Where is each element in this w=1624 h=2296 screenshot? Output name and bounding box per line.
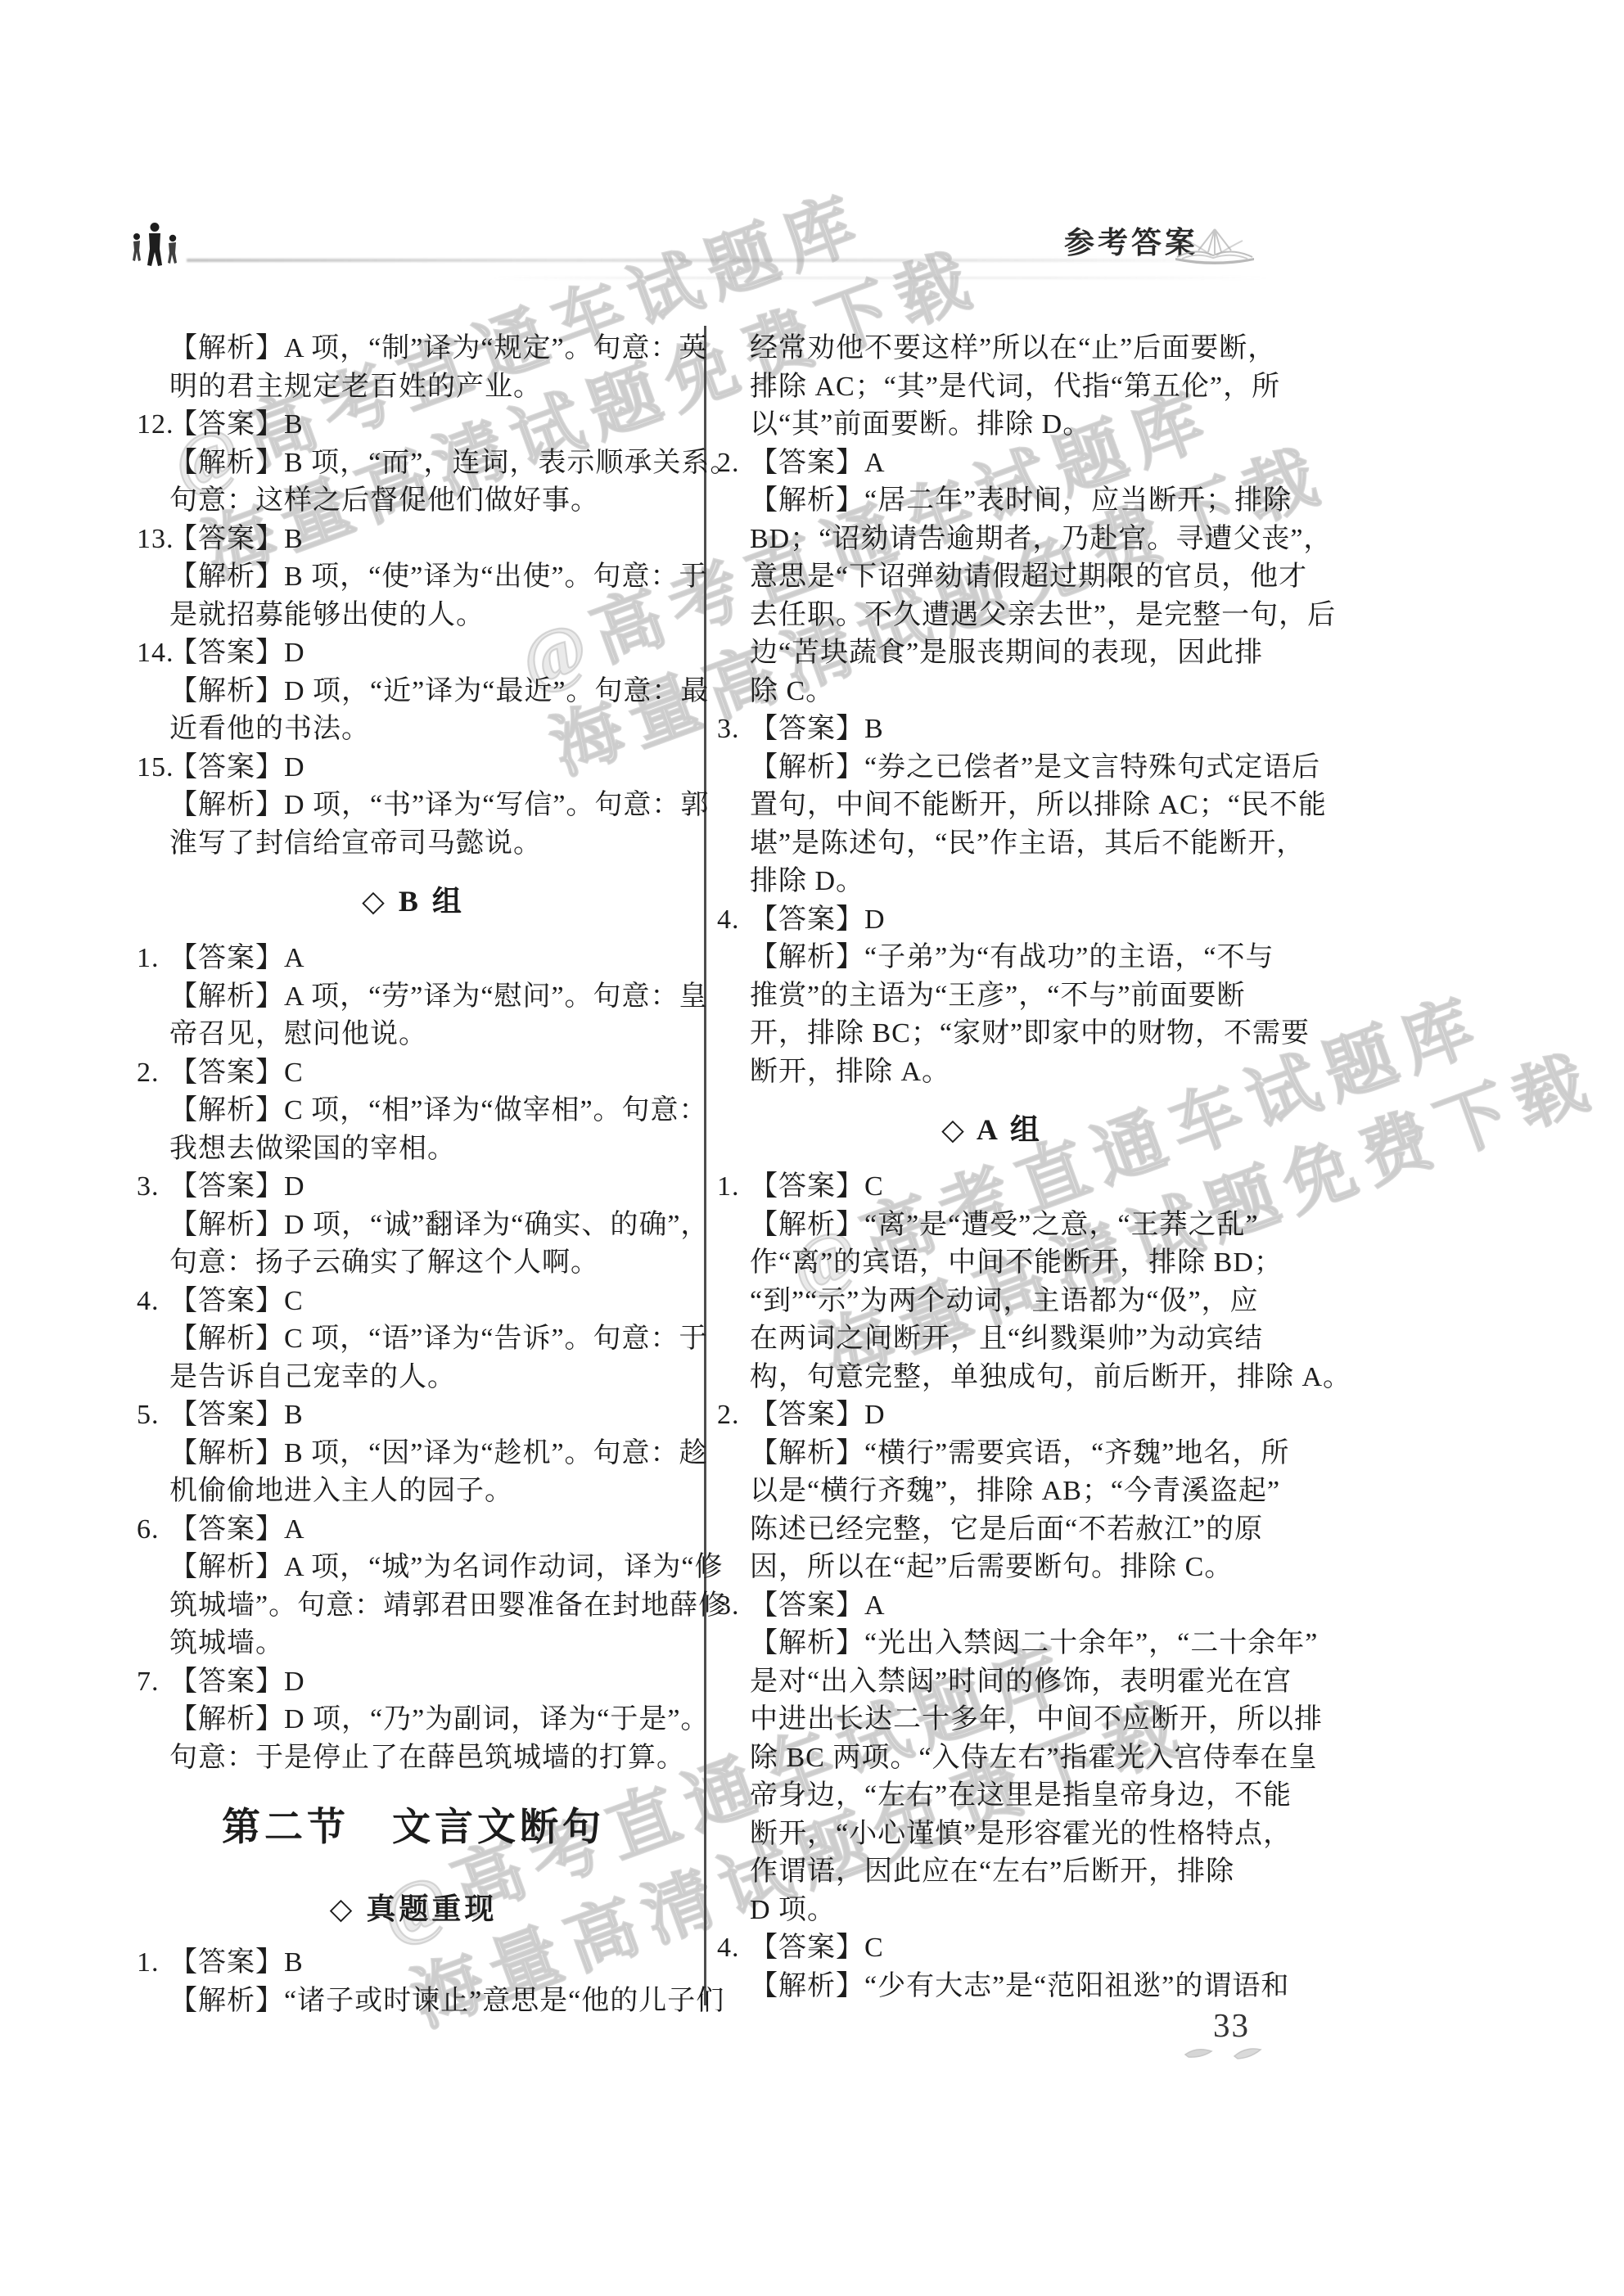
text-line: 在两词之间断开，且“纠戮渠帅”为动宾结 [717, 1320, 1267, 1359]
text-line: 【解析】D 项，“书”译为“写信”。句意：郭 [137, 787, 690, 825]
line-text: 【答案】C [169, 1058, 304, 1088]
answer-item-line: 15.【答案】D [137, 749, 690, 787]
section-header: 第二节 文言文断句 [137, 1777, 690, 1874]
line-text: 我想去做梁国的宰相。 [169, 1134, 456, 1164]
text-line: 推赏”的主语为“王彦”，“不与”前面要断 [717, 977, 1267, 1016]
item-number: 14. [137, 634, 174, 673]
item-number: 6. [137, 1511, 160, 1549]
line-text: 【答案】D [750, 904, 886, 935]
line-text: ◇ B 组 [362, 885, 465, 918]
line-text: 【答案】B [169, 409, 304, 440]
running-figures-icon [129, 223, 185, 279]
line-text: 【答案】D [169, 1667, 305, 1697]
page-number: 33 [1213, 2005, 1250, 2045]
line-text: 【答案】A [750, 448, 886, 478]
text-line: 经常劝他不要这样”所以在“止”后面要断， [717, 330, 1267, 368]
line-text: 断开，“小心谨慎”是形容霍光的性格特点， [750, 1819, 1292, 1849]
line-text: 【答案】D [750, 1400, 886, 1430]
line-text: 【解析】B 项，“因”译为“趁机”。句意：趁 [169, 1438, 708, 1468]
text-line: 【解析】C 项，“语”译为“告诉”。句意：于 [137, 1320, 690, 1359]
line-text: 边“苫块蔬食”是服丧期间的表现，因此排 [750, 638, 1263, 668]
line-text: 是就招募能够出使的人。 [169, 600, 485, 630]
text-line: 明的君主规定老百姓的产业。 [137, 368, 690, 407]
item-number: 2. [717, 1396, 740, 1435]
item-number: 3. [717, 1587, 740, 1626]
answer-item-line: 4.【答案】D [717, 901, 1267, 940]
text-line: “到”“示”为两个动词，主语都为“伋”，应 [717, 1283, 1267, 1321]
line-text: ◇ 真题重现 [330, 1892, 498, 1925]
line-text: 【答案】A [169, 943, 305, 973]
item-number: 4. [137, 1283, 160, 1321]
line-text: 【解析】D 项，“近”译为“最近”。句意：最 [169, 676, 709, 706]
text-line: 构，句意完整，单独成句，前后断开，排除 A。 [717, 1359, 1267, 1397]
line-text: 筑城墙。 [169, 1628, 284, 1658]
text-line: 【解析】B 项，“因”译为“趁机”。句意：趁 [137, 1435, 690, 1473]
text-line: 帝召见，慰问他说。 [137, 1016, 690, 1054]
text-line: 排除 AC；“其”是代词，代指“第五伦”，所 [717, 368, 1267, 407]
text-line: 【解析】A 项，“劳”译为“慰问”。句意：皇 [137, 978, 690, 1017]
line-text: 断开，排除 A。 [750, 1057, 950, 1087]
item-number: 2. [717, 444, 740, 483]
text-line: 【解析】“子弟”为“有战功”的主语，“不与 [717, 939, 1267, 977]
answer-item-line: 14.【答案】D [137, 634, 690, 673]
line-text: 【答案】B [169, 1400, 304, 1430]
line-text: 去任职。不久遭遇父亲去世”，是完整一句，后 [750, 600, 1336, 630]
line-text: 【解析】C 项，“相”译为“做宰相”。句意： [169, 1095, 708, 1125]
line-text: 【解析】“诸子或时谏止”意思是“他的儿子们 [169, 1986, 724, 2016]
text-line: 机偷偷地进入主人的园子。 [137, 1473, 690, 1511]
text-line: 句意：于是停止了在薛邑筑城墙的打算。 [137, 1739, 690, 1778]
line-text: 【解析】B 项，“而”，连词，表示顺承关系。 [169, 448, 738, 478]
line-text: 机偷偷地进入主人的园子。 [169, 1476, 513, 1506]
swoosh-marks [1180, 2041, 1279, 2073]
text-line: 【解析】D 项，“诚”翻译为“确实、的确”， [137, 1207, 690, 1245]
line-text: 因，所以在“起”后需要断句。排除 C。 [750, 1552, 1233, 1582]
line-text: 筑城墙”。句意：靖郭君田婴准备在封地薛修 [169, 1590, 727, 1621]
line-text: 句意：扬子云确实了解这个人啊。 [169, 1247, 599, 1278]
text-line: 句意：扬子云确实了解这个人啊。 [137, 1244, 690, 1283]
line-text: 【解析】D 项，“乃”为副词，译为“于是”。 [169, 1704, 709, 1734]
line-text: ◇ A 组 [941, 1113, 1043, 1146]
line-text: 【解析】A 项，“劳”译为“慰问”。句意：皇 [169, 981, 708, 1012]
text-line: 除 C。 [717, 673, 1267, 711]
text-line: 【解析】B 项，“使”译为“出使”。句意：于 [137, 558, 690, 597]
line-text: 【答案】B [750, 714, 884, 744]
line-text: 【解析】“券之已偿者”是文言特殊句式定语后 [750, 752, 1320, 783]
text-line: 是告诉自己宠幸的人。 [137, 1359, 690, 1397]
item-number: 15. [137, 749, 174, 787]
line-text: 【答案】D [169, 752, 305, 783]
line-text: 【解析】C 项，“语”译为“告诉”。句意：于 [169, 1324, 708, 1354]
text-line: 作谓语，因此应在“左右”后断开，排除 [717, 1853, 1267, 1892]
line-text: 第二节 文言文断句 [222, 1807, 605, 1849]
text-line: 近看他的书法。 [137, 710, 690, 749]
line-text: 【解析】“居二年”表时间，应当断开；排除 [750, 485, 1292, 516]
open-book-ornament-icon [1169, 214, 1261, 277]
line-text: 【答案】B [169, 524, 304, 554]
answer-item-line: 3.【答案】B [717, 710, 1267, 749]
answer-item-line: 12.【答案】B [137, 406, 690, 444]
text-line: 意思是“下诏弹劾请假超过期限的官员，他才 [717, 558, 1267, 597]
group-header: ◇ B 组 [137, 863, 690, 940]
line-text: 【答案】D [169, 1171, 305, 1202]
line-text: 【答案】D [169, 638, 305, 668]
line-text: 句意：这样之后督促他们做好事。 [169, 485, 599, 516]
line-text: 除 BC 两项。“入侍左右”指霍光入宫侍奉在皇 [750, 1743, 1318, 1773]
line-text: 【解析】A 项，“制”译为“规定”。句意：英 [169, 333, 708, 363]
line-text: D 项。 [750, 1895, 836, 1925]
line-text: 【答案】C [750, 1933, 884, 1963]
text-line: 【解析】A 项，“制”译为“规定”。句意：英 [137, 330, 690, 368]
text-line: 中进出长达二十多年，中间不应断开，所以排 [717, 1701, 1267, 1739]
text-line: 除 BC 两项。“入侍左右”指霍光入宫侍奉在皇 [717, 1739, 1267, 1778]
text-line: D 项。 [717, 1892, 1267, 1930]
line-text: 【解析】D 项，“诚”翻译为“确实、的确”， [169, 1210, 709, 1240]
answer-item-line: 1.【答案】A [137, 940, 690, 978]
line-text: 构，句意完整，单独成句，前后断开，排除 A。 [750, 1362, 1351, 1392]
line-text: 推赏”的主语为“王彦”，“不与”前面要断 [750, 981, 1245, 1011]
line-text: 近看他的书法。 [169, 714, 370, 744]
line-text: 以“其”前面要断。排除 D。 [750, 409, 1091, 440]
line-text: 中进出长达二十多年，中间不应断开，所以排 [750, 1704, 1323, 1734]
line-text: 帝身边，“左右”在这里是指皇帝身边，不能 [750, 1780, 1292, 1811]
answer-item-line: 1.【答案】B [137, 1944, 690, 1982]
text-line: 句意：这样之后督促他们做好事。 [137, 482, 690, 521]
text-line: 淮写了封信给宣帝司马懿说。 [137, 825, 690, 864]
line-text: “到”“示”为两个动词，主语都为“伋”，应 [750, 1286, 1259, 1316]
line-text: 句意：于是停止了在薛邑筑城墙的打算。 [169, 1743, 685, 1773]
text-line: 【解析】D 项，“乃”为副词，译为“于是”。 [137, 1701, 690, 1739]
answer-item-line: 3.【答案】A [717, 1587, 1267, 1626]
text-line: 【解析】D 项，“近”译为“最近”。句意：最 [137, 673, 690, 711]
line-text: BD；“诏劾请告逾期者，乃赴官。寻遭父丧”， [750, 524, 1332, 554]
line-text: 陈述已经完整，它是后面“不若赦江”的原 [750, 1514, 1263, 1545]
line-text: 明的君主规定老百姓的产业。 [169, 372, 542, 402]
line-text: 是告诉自己宠幸的人。 [169, 1362, 456, 1392]
text-line: 开，排除 BC；“家财”即家中的财物，不需要 [717, 1015, 1267, 1053]
line-text: 作“离”的宾语，中间不能断开，排除 BD； [750, 1247, 1283, 1278]
item-number: 12. [137, 406, 174, 444]
answer-item-line: 1.【答案】C [717, 1168, 1267, 1207]
line-text: 堪”是陈述句，“民”作主语，其后不能断开， [750, 828, 1305, 859]
text-line: 是就招募能够出使的人。 [137, 597, 690, 635]
text-line: 堪”是陈述句，“民”作主语，其后不能断开， [717, 825, 1267, 864]
answer-item-line: 2.【答案】C [137, 1054, 690, 1093]
text-line: 以“其”前面要断。排除 D。 [717, 406, 1267, 444]
line-text: 以是“横行齐魏”，排除 AB；“今青溪盗起” [750, 1476, 1280, 1506]
line-text: 【解析】“子弟”为“有战功”的主语，“不与 [750, 942, 1274, 972]
item-number: 1. [137, 940, 160, 978]
item-number: 2. [137, 1054, 160, 1093]
line-text: 淮写了封信给宣帝司马懿说。 [169, 828, 542, 859]
text-line: 置句，中间不能断开，所以排除 AC；“民不能 [717, 787, 1267, 825]
line-text: 置句，中间不能断开，所以排除 AC；“民不能 [750, 790, 1327, 820]
item-number: 3. [717, 710, 740, 749]
item-number: 1. [137, 1944, 160, 1982]
text-line: 排除 D。 [717, 863, 1267, 901]
sub-header: ◇ 真题重现 [137, 1874, 690, 1944]
line-text: 是对“出入禁闼”时间的修饰，表明霍光在宫 [750, 1667, 1292, 1697]
answer-item-line: 13.【答案】B [137, 521, 690, 559]
answer-item-line: 2.【答案】D [717, 1396, 1267, 1435]
line-text: 【解析】“离”是“遭受”之意，“王莽之乱” [750, 1210, 1259, 1240]
line-text: 开，排除 BC；“家财”即家中的财物，不需要 [750, 1018, 1310, 1049]
right-column: 经常劝他不要这样”所以在“止”后面要断，排除 AC；“其”是代词，代指“第五伦”… [717, 330, 1267, 2005]
line-text: 【解析】A 项，“城”为名词作动词，译为“修 [169, 1552, 723, 1582]
line-text: 帝召见，慰问他说。 [169, 1019, 427, 1049]
text-line: 【解析】“横行”需要宾语，“齐魏”地名，所 [717, 1435, 1267, 1473]
answer-item-line: 5.【答案】B [137, 1396, 690, 1435]
item-number: 13. [137, 521, 174, 559]
line-text: 【答案】A [750, 1590, 886, 1621]
text-line: 以是“横行齐魏”，排除 AB；“今青溪盗起” [717, 1473, 1267, 1511]
line-text: 【解析】“横行”需要宾语，“齐魏”地名，所 [750, 1438, 1289, 1468]
text-line: 陈述已经完整，它是后面“不若赦江”的原 [717, 1511, 1267, 1549]
line-text: 排除 D。 [750, 866, 864, 896]
line-text: 【答案】A [169, 1514, 305, 1545]
line-text: 除 C。 [750, 676, 834, 706]
group-header: ◇ A 组 [717, 1091, 1267, 1168]
answer-item-line: 4.【答案】C [717, 1929, 1267, 1968]
line-text: 【解析】D 项，“书”译为“写信”。句意：郭 [169, 790, 709, 820]
text-line: 边“苫块蔬食”是服丧期间的表现，因此排 [717, 634, 1267, 673]
item-number: 3. [137, 1168, 160, 1207]
line-text: 【答案】C [169, 1286, 304, 1316]
left-column: 【解析】A 项，“制”译为“规定”。句意：英明的君主规定老百姓的产业。12.【答… [137, 330, 690, 2020]
item-number: 7. [137, 1663, 160, 1702]
line-text: 【解析】B 项，“使”译为“出使”。句意：于 [169, 562, 708, 592]
text-line: 作“离”的宾语，中间不能断开，排除 BD； [717, 1244, 1267, 1283]
text-line: 是对“出入禁闼”时间的修饰，表明霍光在宫 [717, 1663, 1267, 1702]
item-number: 1. [717, 1168, 740, 1207]
item-number: 4. [717, 901, 740, 940]
text-line: 因，所以在“起”后需要断句。排除 C。 [717, 1549, 1267, 1587]
answer-item-line: 3.【答案】D [137, 1168, 690, 1207]
line-text: 【解析】“光出入禁闼二十余年”，“二十余年” [750, 1628, 1318, 1658]
text-line: 【解析】“居二年”表时间，应当断开；排除 [717, 482, 1267, 521]
text-line: 筑城墙。 [137, 1625, 690, 1663]
text-line: 【解析】A 项，“城”为名词作动词，译为“修 [137, 1549, 690, 1587]
answer-item-line: 2.【答案】A [717, 444, 1267, 483]
text-line: 【解析】“券之已偿者”是文言特殊句式定语后 [717, 749, 1267, 787]
text-line: 【解析】B 项，“而”，连词，表示顺承关系。 [137, 444, 690, 483]
text-line: 我想去做梁国的宰相。 [137, 1130, 690, 1169]
line-text: 【解析】“少有大志”是“范阳祖逖”的谓语和 [750, 1971, 1289, 2001]
item-number: 4. [717, 1929, 740, 1968]
text-line: 【解析】“诸子或时谏止”意思是“他的儿子们 [137, 1982, 690, 2021]
line-text: 作谓语，因此应在“左右”后断开，排除 [750, 1856, 1234, 1887]
line-text: 【答案】B [169, 1947, 304, 1978]
line-text: 在两词之间断开，且“纠戮渠帅”为动宾结 [750, 1324, 1263, 1354]
line-text: 【答案】C [750, 1171, 884, 1202]
answer-item-line: 7.【答案】D [137, 1663, 690, 1702]
line-text: 意思是“下诏弹劾请假超过期限的官员，他才 [750, 562, 1307, 592]
text-line: 【解析】“光出入禁闼二十余年”，“二十余年” [717, 1625, 1267, 1663]
answer-item-line: 6.【答案】A [137, 1511, 690, 1549]
line-text: 经常劝他不要这样”所以在“止”后面要断， [750, 333, 1276, 363]
text-line: 断开，“小心谨慎”是形容霍光的性格特点， [717, 1816, 1267, 1854]
text-line: 去任职。不久遭遇父亲去世”，是完整一句，后 [717, 597, 1267, 635]
text-line: BD；“诏劾请告逾期者，乃赴官。寻遭父丧”， [717, 521, 1267, 559]
text-line: 断开，排除 A。 [717, 1053, 1267, 1092]
text-line: 【解析】“离”是“遭受”之意，“王莽之乱” [717, 1207, 1267, 1245]
line-text: 排除 AC；“其”是代词，代指“第五伦”，所 [750, 372, 1280, 402]
text-line: 【解析】“少有大志”是“范阳祖逖”的谓语和 [717, 1968, 1267, 2006]
item-number: 5. [137, 1396, 160, 1435]
text-line: 【解析】C 项，“相”译为“做宰相”。句意： [137, 1092, 690, 1130]
text-line: 筑城墙”。句意：靖郭君田婴准备在封地薛修 [137, 1587, 690, 1626]
answer-key-page: @高考直通车试题库 海量高清试题免费下载 @高考直通车试题库 海量高清试题免费下… [0, 0, 1624, 2296]
header-rule-ghost [491, 277, 1269, 279]
answer-item-line: 4.【答案】C [137, 1283, 690, 1321]
text-line: 帝身边，“左右”在这里是指皇帝身边，不能 [717, 1777, 1267, 1816]
